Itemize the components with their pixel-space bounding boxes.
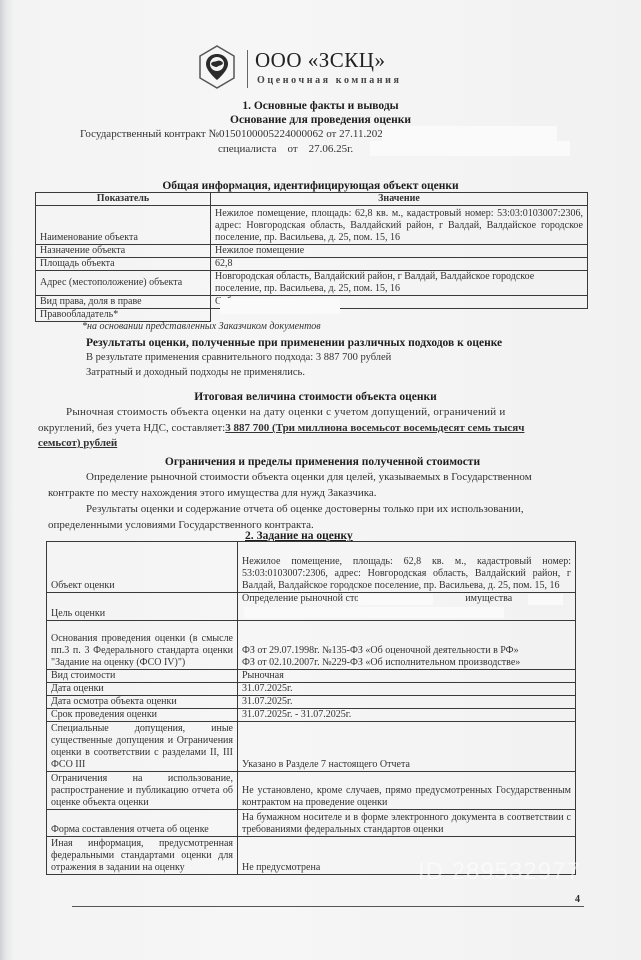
- redacted-area: [244, 607, 504, 618]
- results-title: Результаты оценки, полученные при примен…: [86, 337, 502, 349]
- row-value: Новгородская область, Валдайский район, …: [211, 271, 588, 296]
- table-row: Ограничения на использование, распростра…: [47, 772, 576, 810]
- row-label: Срок проведения оценки: [47, 709, 238, 722]
- basis-law-2: ФЗ от 02.10.2007г. №229-ФЗ «Об исполните…: [242, 657, 571, 669]
- row-value: Нежилое помещение, площадь: 62,8 кв. м.,…: [211, 206, 588, 245]
- document-page: ООО «ЗСКЦ» Оценочная компания 1. Основны…: [0, 0, 641, 960]
- redacted-area: [358, 594, 433, 605]
- watermark: ID 289532977: [418, 858, 581, 886]
- table-header-row: Показатель Значение: [36, 193, 588, 206]
- row-label: Вид стоимости: [47, 670, 238, 683]
- row-label: Ограничения на использование, распростра…: [47, 772, 238, 810]
- company-name: ООО «ЗСКЦ»: [255, 48, 385, 73]
- specialist-line: специалиста от 27.06.25г.: [218, 143, 353, 155]
- row-label: Форма составления отчета об оценке: [47, 810, 238, 837]
- row-label: Специальные допущения, иные существенные…: [47, 722, 238, 772]
- row-value: 31.07.2025г.: [238, 683, 576, 696]
- table-row: Цель оценки Определение рыночной стоимос…: [47, 593, 576, 621]
- limits-p1-line2: контракте по месту нахождения этого имущ…: [48, 487, 377, 499]
- row-label: Иная информация, предусмотренная федерал…: [47, 837, 238, 875]
- limits-title: Ограничения и пределы применения получен…: [2, 456, 641, 468]
- map-pin-hexagon-icon: [197, 44, 237, 90]
- company-subtitle: Оценочная компания: [257, 75, 402, 86]
- table-row: Адрес (местоположение) объекта Новгородс…: [36, 271, 588, 296]
- row-label: Основания проведения оценки (в смысле пп…: [47, 621, 238, 670]
- row-label: Назначение объекта: [36, 245, 211, 258]
- row-value: Не установлено, кроме случаев, прямо пре…: [238, 772, 576, 810]
- company-logo: ООО «ЗСКЦ» Оценочная компания: [197, 44, 447, 94]
- footnote: *на основании представленных Заказчиком …: [82, 321, 321, 332]
- table-row: Дата оценки 31.07.2025г.: [47, 683, 576, 696]
- limits-p1-line1: Определение рыночной стоимости объекта о…: [86, 471, 532, 483]
- row-label: Наименование объекта: [36, 206, 211, 245]
- table-row: Дата осмотра объекта оценки 31.07.2025г.: [47, 696, 576, 709]
- table-row: Площадь объекта 62,8: [36, 258, 588, 271]
- results-line1: В результате применения сравнительного п…: [86, 352, 391, 363]
- row-label: Площадь объекта: [36, 258, 211, 271]
- table-row: Наименование объекта Нежилое помещение, …: [36, 206, 588, 245]
- row-value: Нежилое помещение: [211, 245, 588, 258]
- final-value-text-line2: округлений, без учета НДС, составляет:3 …: [38, 422, 524, 434]
- table-row: Назначение объекта Нежилое помещение: [36, 245, 588, 258]
- logo-divider: [247, 50, 248, 88]
- row-label: Правообладатель*: [36, 309, 211, 322]
- row-value: Указано в Разделе 7 настоящего Отчета: [238, 722, 576, 772]
- table-row: Срок проведения оценки 31.07.2025г. - 31…: [47, 709, 576, 722]
- basis-title: Основание для проведения оценки: [0, 114, 641, 126]
- row-value: Определение рыночной стоимости имущества: [238, 593, 576, 621]
- row-value: На бумажном носителе и в форме электронн…: [238, 810, 576, 837]
- table-row: Основания проведения оценки (в смысле пп…: [47, 621, 576, 670]
- row-value: 31.07.2025г.: [238, 696, 576, 709]
- column-header: Показатель: [36, 193, 211, 206]
- row-value: ФЗ от 29.07.1998г. №135-ФЗ «Об оценочной…: [238, 621, 576, 670]
- final-value-title: Итоговая величина стоимости объекта оцен…: [0, 391, 636, 403]
- table-row: Специальные допущения, иные существенные…: [47, 722, 576, 772]
- row-label: Цель оценки: [47, 593, 238, 621]
- limits-p2-line1: Результаты оценки и содержание отчета об…: [86, 503, 524, 515]
- assignment-table: Объект оценки Нежилое помещение, площадь…: [46, 541, 576, 875]
- row-label: Дата оценки: [47, 683, 238, 696]
- row-value: 62,8: [211, 258, 588, 271]
- row-label: Объект оценки: [47, 542, 238, 593]
- redacted-area: [382, 126, 557, 142]
- contract-line: Государственный контракт №01501000052240…: [80, 128, 394, 140]
- redacted-area: [220, 298, 340, 314]
- row-value: Рыночная: [238, 670, 576, 683]
- table-row: Форма составления отчета об оценке На бу…: [47, 810, 576, 837]
- row-value: 31.07.2025г. - 31.07.2025г.: [238, 709, 576, 722]
- table-row: Вид стоимости Рыночная: [47, 670, 576, 683]
- section1-title: 1. Основные факты и выводы: [0, 100, 641, 112]
- row-label: Вид права, доля в праве: [36, 296, 211, 309]
- results-line2: Затратный и доходный подходы не применял…: [86, 367, 305, 378]
- basis-law-1: ФЗ от 29.07.1998г. №135-ФЗ «Об оценочной…: [242, 645, 571, 657]
- final-value-text: Рыночная стоимость объекта оценки на дат…: [66, 406, 506, 418]
- table-row: Объект оценки Нежилое помещение, площадь…: [47, 542, 576, 593]
- row-label: Адрес (местоположение) объекта: [36, 271, 211, 296]
- redacted-area: [528, 594, 563, 605]
- column-header: Значение: [211, 193, 588, 206]
- final-value-amount: 3 887 700 (Три миллиона восемьсот восемь…: [225, 422, 524, 434]
- redacted-area: [370, 141, 570, 156]
- row-value: Нежилое помещение, площадь: 62,8 кв. м.,…: [238, 542, 576, 593]
- general-info-title: Общая информация, идентифицирующая объек…: [0, 180, 631, 192]
- final-value-amount-cont: семьсот) рублей: [38, 437, 117, 449]
- footer-divider: [72, 906, 584, 907]
- page-number: 4: [575, 894, 580, 905]
- final-value-prefix: округлений, без учета НДС, составляет:: [38, 422, 225, 434]
- row-label: Дата осмотра объекта оценки: [47, 696, 238, 709]
